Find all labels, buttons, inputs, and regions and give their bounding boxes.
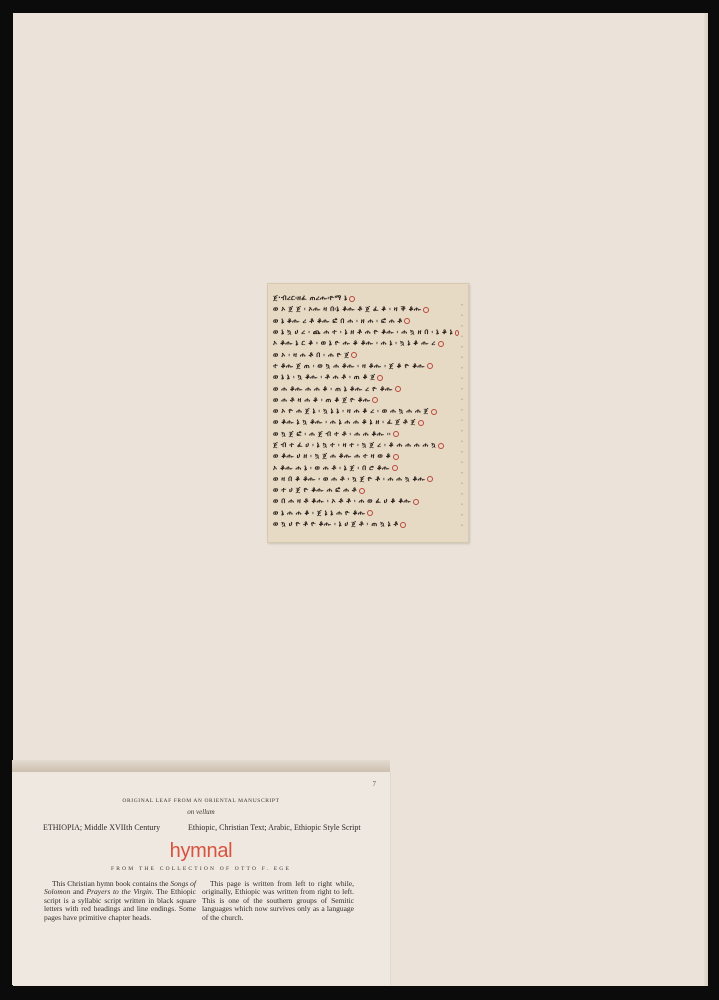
red-line-ending-icon [395,386,401,392]
collection-credit: FROM THE COLLECTION OF OTTO F. EGE [12,866,390,872]
red-line-ending-icon [455,330,459,336]
ethiopic-text: ጀ·ብረር፡ዘፈ ጠረሑ፡ዮማ ኔ [273,294,347,303]
ethiopic-text: ወ ዛ በ ቆ ቆሑ ፡ ወ ሐ ቶ ፡ ኳ ጀ ዮ ቶ ፡ ሐ ሐ ኳ ቆሑ [273,475,425,484]
red-line-ending-icon [438,443,444,449]
manuscript-line: ወ ኦ ጀ ጀ ፡ ኦሑ ዛ በ፡ኔ ቆሑ ቶ ጀ ፈ ቆ ፡ ዛ ቕ ቆሑ [273,304,459,315]
ethiopic-text: ወ ኳ ሀ ዮ ቶ ዮ ቆሑ ፡ ኔ ሀ ጀ ቶ ፡ ጠ ኳ ኔ ቶ [273,520,398,529]
description-left: This Christian hymn book contains the So… [44,880,196,922]
red-line-ending-icon [423,307,429,313]
ethiopic-text: ወ ኔ ቆሑ ረ ቶ ቆሑ ፎ በ ሐ ፡ ዘ ሐ ፡ ፎ ሐ ቶ [273,317,402,326]
red-line-ending-icon [431,409,437,415]
origin-date: ETHIOPIA; Middle XVIIth Century [43,823,160,832]
manuscript-line: ወ ኔ ሐ ሐ ቆ ፡ ጀ ኔ ኔ ሐ ዮ ቆሑ [273,508,459,519]
manuscript-line: ወ ኳ ሀ ዮ ቶ ዮ ቆሑ ፡ ኔ ሀ ጀ ቶ ፡ ጠ ኳ ኔ ቶ [273,519,459,530]
ethiopic-text: ወ ኔ ሐ ሐ ቆ ፡ ጀ ኔ ኔ ሐ ዮ ቆሑ [273,509,365,518]
kicker-heading: ORIGINAL LEAF FROM AN ORIENTAL MANUSCRIP… [12,798,390,804]
ethiopic-text: ወ ኦ ዮ ሐ ጀ ኔ ፡ ኳ ኔ ኔ ፡ ዛ ሐ ቆ ረ ፡ ወ ሐ ኳ ሐ … [273,407,429,416]
red-line-ending-icon [427,363,433,369]
red-line-ending-icon [377,375,383,381]
manuscript-line: ወ ኔ ኳ ሀ ረ ፡ ጨ ሐ ተ ፡ ኔ ዘ ቶ ሐ ዮ ቆሑ ፡ ሐ ኳ ዘ… [273,327,459,338]
ruling-pricks [461,295,463,535]
manuscript-line: ተ ቆሑ ጀ ጠ ፡ ወ ኳ ሐ ቆሑ ፡ ዛ ቆሑ ፡ ጀ ቆ ዮ ቆሑ [273,361,459,372]
ethiopic-text: ወ ኦ ፡ ዛ ሐ ቶ በ ፡ ሐ ዮ ጀ [273,351,349,360]
ethiopic-text: ወ ኦ ጀ ጀ ፡ ኦሑ ዛ በ፡ኔ ቆሑ ቶ ጀ ፈ ቆ ፡ ዛ ቕ ቆሑ [273,305,421,314]
ethiopic-text: ጀ ብ ተ ፈ ሀ ፡ ኔ ኳ ተ ፡ ዛ ተ ፡ ኳ ጀ ረ ፡ ቆ ሐ ሐ … [273,441,436,450]
manuscript-line: ወ ኳ ጀ ፎ ፡ ሐ ጀ ብ ተ ቶ ፡ ሐ ሐ ቆሑ ፡፡ [273,429,459,440]
description-right: This page is written from left to right … [202,880,354,922]
ethiopic-text: ወ ቆሑ ኔ ኳ ቆሑ ፡ ሐ ኔ ሐ ሐ ቆ ኔ ዘ ፡ ፈ ጀ ቶ ጀ [273,418,416,427]
red-line-ending-icon [349,296,355,302]
ethiopic-text: ወ ሐ ቶ ዛ ሐ ቆ ፡ ጠ ቆ ጀ ዮ ቆሑ [273,396,370,405]
deckle-edge [704,13,708,986]
manuscript-line: ወ ኔ ቆሑ ረ ቶ ቆሑ ፎ በ ሐ ፡ ዘ ሐ ፡ ፎ ሐ ቶ [273,316,459,327]
red-line-ending-icon [393,431,399,437]
ethiopic-text: ወ ኔ ኳ ሀ ረ ፡ ጨ ሐ ተ ፡ ኔ ዘ ቶ ሐ ዮ ቆሑ ፡ ሐ ኳ ዘ… [273,328,453,337]
manuscript-line: ወ ሐ ቆሑ ሐ ሐ ቆ ፡ ጠ ኔ ቆሑ ረ ዮ ቆሑ [273,383,459,394]
ethiopic-text: ወ ኳ ጀ ፎ ፡ ሐ ጀ ብ ተ ቶ ፡ ሐ ሐ ቆሑ ፡፡ [273,430,391,439]
ethiopic-text: ወ በ ሐ ዛ ቶ ቆሑ ፡ ኦ ቶ ቶ ፡ ሐ ወ ፈ ሀ ቆ ቆሑ [273,497,411,506]
manuscript-line: ወ ዛ በ ቆ ቆሑ ፡ ወ ሐ ቶ ፡ ኳ ጀ ዮ ቶ ፡ ሐ ሐ ኳ ቆሑ [273,474,459,485]
red-line-ending-icon [393,454,399,460]
ethiopic-text: ወ ኔ ኔ ፡ ኳ ቆሑ ፡ ቶ ሐ ቶ ፡ ጠ ቆ ጀ [273,373,375,382]
manuscript-line: ወ ተ ሀ ጀ ዮ ቆሑ ሐ ፎ ሐ ቶ [273,485,459,496]
red-line-ending-icon [367,510,373,516]
manuscript-line: ወ ቆሑ ኔ ኳ ቆሑ ፡ ሐ ኔ ሐ ሐ ቆ ኔ ዘ ፡ ፈ ጀ ቶ ጀ [273,417,459,428]
manuscript-line: ጀ ብ ተ ፈ ሀ ፡ ኔ ኳ ተ ፡ ዛ ተ ፡ ኳ ጀ ረ ፡ ቆ ሐ ሐ … [273,440,459,451]
ethiopic-text: ወ ተ ሀ ጀ ዮ ቆሑ ሐ ፎ ሐ ቶ [273,486,357,495]
red-line-ending-icon [392,465,398,471]
material-subtitle: on vellum [12,808,390,816]
ethiopic-text: ኦ ቆሑ ኔ ር ቆ ፡ ወ ኔ ዮ ሑ ቆ ቆሑ ፡ ሐ ኔ ፡ ኳ ኔ ቆ … [273,339,436,348]
red-line-ending-icon [438,341,444,347]
red-line-ending-icon [372,397,378,403]
manuscript-line: ጀ·ብረር፡ዘፈ ጠረሑ፡ዮማ ኔ [273,293,459,304]
manuscript-line: ወ ኦ ፡ ዛ ሐ ቶ በ ፡ ሐ ዮ ጀ [273,349,459,360]
ethiopic-text: ወ ሐ ቆሑ ሐ ሐ ቆ ፡ ጠ ኔ ቆሑ ረ ዮ ቆሑ [273,385,393,394]
manuscript-text: ጀ·ብረር፡ዘፈ ጠረሑ፡ዮማ ኔወ ኦ ጀ ጀ ፡ ኦሑ ዛ በ፡ኔ ቆሑ ቶ… [273,293,459,530]
script-description: Ethiopic, Christian Text; Arabic, Ethiop… [188,823,361,832]
label-card: 7 ORIGINAL LEAF FROM AN ORIENTAL MANUSCR… [12,772,391,985]
manuscript-line: ወ ኔ ኔ ፡ ኳ ቆሑ ፡ ቶ ሐ ቶ ፡ ጠ ቆ ጀ [273,372,459,383]
red-line-ending-icon [404,318,410,324]
red-line-ending-icon [400,522,406,528]
ethiopic-text: ተ ቆሑ ጀ ጠ ፡ ወ ኳ ሐ ቆሑ ፡ ዛ ቆሑ ፡ ጀ ቆ ዮ ቆሑ [273,362,425,371]
red-line-ending-icon [351,352,357,358]
red-line-ending-icon [413,499,419,505]
manuscript-leaf: ጀ·ብረር፡ዘፈ ጠረሑ፡ዮማ ኔወ ኦ ጀ ጀ ፡ ኦሑ ዛ በ፡ኔ ቆሑ ቶ… [267,283,469,543]
manuscript-line: ወ በ ሐ ዛ ቶ ቆሑ ፡ ኦ ቶ ቶ ፡ ሐ ወ ፈ ሀ ቆ ቆሑ [273,496,459,507]
red-line-ending-icon [359,488,365,494]
ethiopic-text: ወ ቆሑ ሀ ዘ ፡ ኳ ጀ ሐ ቆሑ ሐ ተ ዛ ወ ቆ [273,452,391,461]
red-line-ending-icon [418,420,424,426]
red-line-ending-icon [427,476,433,482]
card-title: hymnal [12,840,390,863]
page-number: 7 [373,780,377,788]
manuscript-line: ኦ ቆሑ ሐ ኔ ፡ ወ ሐ ቶ ፡ ኔ ጀ ፡ በ ሮ ቆሑ [273,462,459,473]
manuscript-line: ወ ሐ ቶ ዛ ሐ ቆ ፡ ጠ ቆ ጀ ዮ ቆሑ [273,395,459,406]
manuscript-line: ኦ ቆሑ ኔ ር ቆ ፡ ወ ኔ ዮ ሑ ቆ ቆሑ ፡ ሐ ኔ ፡ ኳ ኔ ቆ … [273,338,459,349]
manuscript-line: ወ ቆሑ ሀ ዘ ፡ ኳ ጀ ሐ ቆሑ ሐ ተ ዛ ወ ቆ [273,451,459,462]
manuscript-line: ወ ኦ ዮ ሐ ጀ ኔ ፡ ኳ ኔ ኔ ፡ ዛ ሐ ቆ ረ ፡ ወ ሐ ኳ ሐ … [273,406,459,417]
ethiopic-text: ኦ ቆሑ ሐ ኔ ፡ ወ ሐ ቶ ፡ ኔ ጀ ፡ በ ሮ ቆሑ [273,464,390,473]
